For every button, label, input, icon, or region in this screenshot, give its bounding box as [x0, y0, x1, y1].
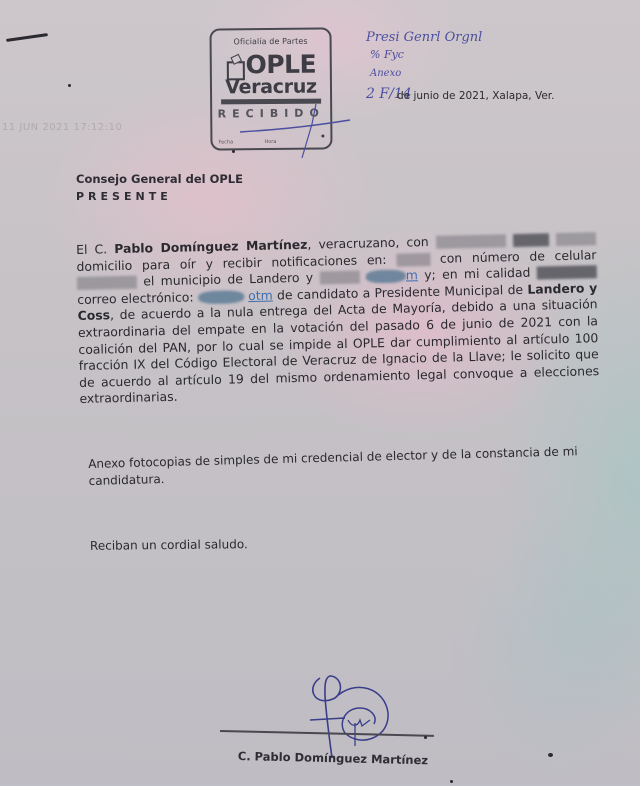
received-timestamp: 11 JUN 2021 17:12:10 [2, 122, 122, 133]
redacted-email [366, 270, 406, 284]
letter-date: de junio de 2021, Xalapa, Ver. [397, 90, 555, 102]
handwritten-note-2: % Fyc [370, 48, 404, 61]
letter-body: El C. Pablo Domínguez Martínez, veracruz… [76, 230, 600, 408]
body-text: , de acuerdo a la nula entrega del Acta … [78, 297, 599, 407]
handwritten-note-1: Presi Genrl Orgnl [366, 30, 482, 45]
body-text: El C. [76, 241, 114, 257]
body-text: con número de celular [440, 247, 597, 266]
email-fragment: m [406, 267, 418, 282]
redacted-address [556, 232, 596, 246]
addressee-salutation: PRESENTE [76, 190, 243, 203]
stamp-pen-stroke [230, 100, 370, 170]
redacted-phone [77, 276, 137, 290]
body-text: correo electrónico: [77, 289, 194, 307]
addressee-name: Consejo General del OPLE [76, 172, 243, 186]
paper-speck [68, 84, 71, 87]
paper-speck [232, 150, 235, 153]
stamp-state: Veracruz [212, 77, 330, 97]
redacted-email [198, 290, 244, 304]
closing-line: Reciban un cordial saludo. [90, 537, 248, 553]
paper-speck [548, 753, 553, 757]
redacted-address [513, 233, 549, 247]
stamp-logo-text: OPLE [245, 53, 316, 78]
body-text: , veracruzano, con [307, 234, 429, 252]
paper-speck [424, 736, 427, 739]
addressee-block: Consejo General del OPLE PRESENTE [76, 172, 243, 203]
email-fragment: otm [248, 287, 273, 303]
handwritten-note-3: Anexo [370, 68, 401, 79]
ballot-box-icon [225, 55, 243, 77]
redacted-phone [537, 265, 597, 279]
paper-speck [450, 780, 453, 783]
redacted-address [396, 253, 430, 267]
redacted-address [436, 234, 506, 249]
body-text: el municipio de Landero y [143, 270, 313, 289]
redacted-text [319, 271, 359, 285]
stamp-office-label: Oficialía de Partes [212, 36, 330, 46]
stamp-logo: OPLE [212, 48, 330, 77]
body-text: y; en mi calidad [424, 265, 530, 282]
